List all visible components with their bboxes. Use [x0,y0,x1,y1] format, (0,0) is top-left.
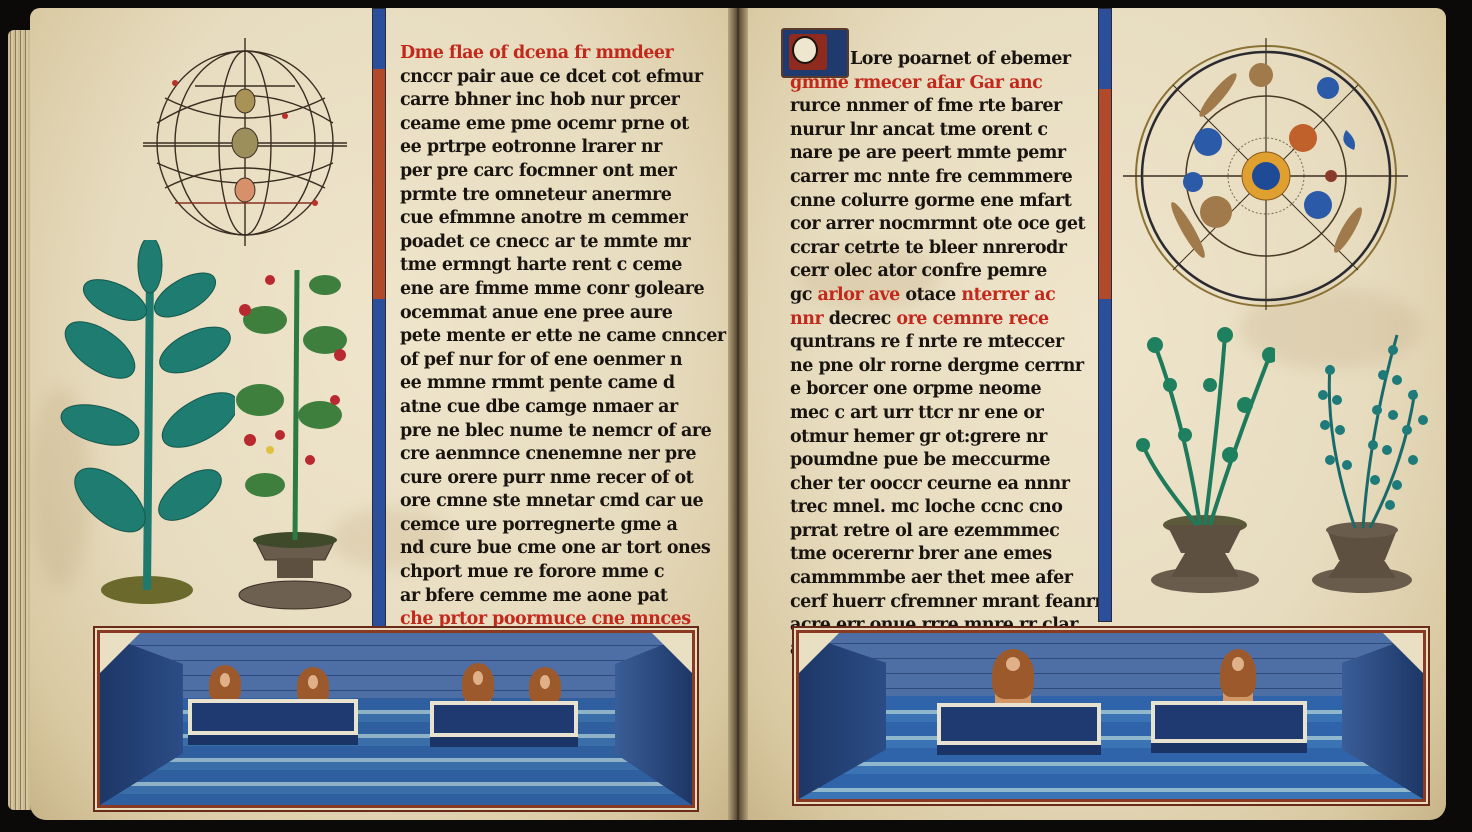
text-line: ocemmat anue ene pree aure [400,302,726,326]
astronomical-wheel-icon [1118,30,1418,310]
text-line: quntrans re f nrte re mteccer [790,331,1103,355]
text-line: prmte tre omneteur anermre [400,184,726,208]
text-line: ar bfere cemme me aone pat [400,585,726,609]
text-line: cher ter ooccr ceurne ea nnnr [790,473,1103,497]
text-line: poumdne pue be meccurme [790,449,1103,473]
text-line: ore cmne ste mnetar cmd car ue [400,490,726,514]
left-decorative-border [372,8,386,630]
text-line: rurce nnmer of fme rte barer [790,95,1103,119]
text-line: cure orere purr nme recer of ot [400,467,726,491]
text-line: Dme flae of dcena fr mmdeer [400,42,726,66]
text-line: cre aenmnce cnenemne ner pre [400,443,726,467]
right-bathing-scene [796,630,1426,802]
text-line: cnne colurre gorme ene mfart [790,190,1103,214]
teal-plant-icon [55,240,235,610]
text-line: gmme rmecer afar Gar anc [790,72,1103,96]
bath-tub [188,699,358,735]
bath-tub [430,701,578,737]
left-page-text: Dme flae of dcena fr mmdeer cnccr pair a… [400,42,726,632]
text-line: tme ermngt harte rent c ceme [400,254,726,278]
text-line: atne cue dbe camge nmaer ar [400,396,726,420]
text-line: per pre carc focmner ont mer [400,160,726,184]
text-line: ceame eme pme ocemr prne ot [400,113,726,137]
text-line: chport mue re forore mme c [400,561,726,585]
text-line: ne pne olr rorne dergme cerrnr [790,355,1103,379]
text-line: gc arlor ave otace nterrer ac [790,284,1103,308]
text-line: nurur lnr ancat tme orent c [790,119,1103,143]
bath-tub [1151,701,1307,743]
text-line: cammmmbe aer thet mee afer [790,567,1103,591]
text-line: nare pe are peert mmte pemr [790,142,1103,166]
text-line: cue efmmne anotre m cemmer [400,207,726,231]
text-line: nnr decrec ore cemnre rece [790,308,1103,332]
text-line: trec mnel. mc loche ccnc cno [790,496,1103,520]
text-line: nd cure bue cme one ar tort ones [400,537,726,561]
text-line: ee prtrpe eotronne lrarer nr [400,136,726,160]
right-page-text: Lore poarnet of ebemer gmme rmecer afar … [790,70,1103,661]
text-line: carrer mc nnte fre cemmmere [790,166,1103,190]
bath-tub [937,703,1101,745]
text-line: carre bhner inc hob nur prcer [400,89,726,113]
text-line: Lore poarnet of ebemer [790,48,1103,72]
text-line: cemce ure porregnerte gme a [400,514,726,538]
text-line: poadet ce cnecc ar te mmte mr [400,231,726,255]
armillary-sphere-icon [135,28,355,248]
text-line: otmur hemer gr ot:grere nr [790,426,1103,450]
text-line: che prtor poormuce cne mnces [400,608,726,632]
text-line: cerr olec ator confre pemre [790,260,1103,284]
flowering-plant-in-vase-icon [225,250,365,615]
right-decorative-border [1098,8,1112,622]
book-gutter [728,8,748,820]
text-line: pete mente er ette ne came cnncer [400,325,726,349]
text-line: ene are fmme mme conr goleare [400,278,726,302]
green-plant-in-pot-icon [1125,325,1275,595]
open-manuscript: Dme flae of dcena fr mmdeer cnccr pair a… [0,0,1472,832]
fern-plant-in-pot-icon [1285,330,1435,595]
text-line: cnccr pair aue ce dcet cot efmur [400,66,726,90]
text-line: mec c art urr ttcr nr ene or [790,402,1103,426]
text-line: cor arrer nocmrmnt ote oce get [790,213,1103,237]
text-line: pre ne blec nume te nemcr of are [400,420,726,444]
text-line: e borcer one orpme neome [790,378,1103,402]
text-line: of pef nur for of ene oenmer n [400,349,726,373]
text-line: ee mmne rmmt pente came d [400,372,726,396]
left-bathing-scene [97,630,695,808]
text-line: cerf huerr cfremner mrant feanrr [790,591,1103,615]
text-line: prrat retre ol are ezemmmec [790,520,1103,544]
text-line: ccrar cetrte te bleer nnrerodr [790,237,1103,261]
text-line: tme ocerernr brer ane emes [790,543,1103,567]
